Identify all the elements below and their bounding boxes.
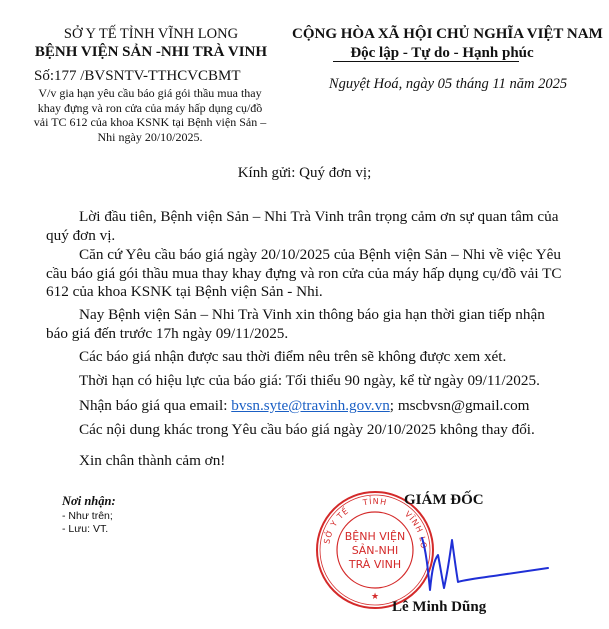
national-motto: Độc lập - Tự do - Hạnh phúc bbox=[292, 44, 592, 62]
signature-icon bbox=[420, 530, 550, 600]
paragraph-unchanged: Các nội dung khác trong Yêu cầu báo giá … bbox=[46, 421, 562, 440]
signer-name: Lê Minh Dũng bbox=[392, 598, 486, 616]
salutation: Kính gửi: Quý đơn vị; bbox=[0, 164, 609, 182]
paragraph-late-quotes: Các báo giá nhận được sau thời điểm nêu … bbox=[46, 348, 562, 367]
email-suffix: ; mscbvsn@gmail.com bbox=[390, 397, 530, 414]
motto-underline bbox=[333, 61, 519, 62]
recipients-title: Nơi nhận: bbox=[62, 494, 116, 508]
hospital-name: BỆNH VIỆN SẢN -NHI TRÀ VINH bbox=[0, 43, 302, 61]
svg-text:TỈNH: TỈNH bbox=[361, 495, 388, 507]
email-prefix: Nhận báo giá qua email: bbox=[79, 397, 231, 414]
paragraph-intro: Lời đầu tiên, Bệnh viện Sản – Nhi Trà Vi… bbox=[46, 208, 562, 245]
recipient-item: - Như trên; bbox=[62, 510, 113, 523]
paragraph-extension: Nay Bệnh viện Sản – Nhi Trà Vinh xin thô… bbox=[46, 306, 562, 343]
document-subject: V/v gia hạn yêu cầu báo giá gói thầu mua… bbox=[30, 86, 270, 144]
place-date: Nguyệt Hoá, ngày 05 tháng 11 năm 2025 bbox=[298, 75, 598, 93]
paragraph-basis: Căn cứ Yêu cầu báo giá ngày 20/10/2025 c… bbox=[46, 246, 562, 302]
svg-text:★: ★ bbox=[371, 592, 379, 602]
paragraph-email: Nhận báo giá qua email: bvsn.syte@travin… bbox=[46, 397, 562, 416]
email-link[interactable]: bvsn.syte@travinh.gov.vn bbox=[231, 397, 390, 414]
director-title: GIÁM ĐỐC bbox=[404, 491, 484, 509]
document-number: Số:177 /BVSNTV-TTHCVCBMT bbox=[34, 67, 241, 85]
nation-title: CỘNG HÒA XÃ HỘI CHỦ NGHĨA VIỆT NAM bbox=[292, 26, 592, 43]
paragraph-validity: Thời hạn có hiệu lực của báo giá: Tối th… bbox=[46, 372, 562, 391]
closing-thanks: Xin chân thành cảm ơn! bbox=[46, 452, 562, 471]
agency-name: SỞ Y TẾ TỈNH VĨNH LONG bbox=[0, 26, 302, 43]
stamp-line-3: TRÀ VINH bbox=[348, 558, 401, 571]
stamp-line-2: SẢN-NHI bbox=[352, 543, 398, 557]
recipient-item: - Lưu: VT. bbox=[62, 523, 108, 536]
stamp-line-1: BỆNH VIỆN bbox=[345, 530, 405, 543]
